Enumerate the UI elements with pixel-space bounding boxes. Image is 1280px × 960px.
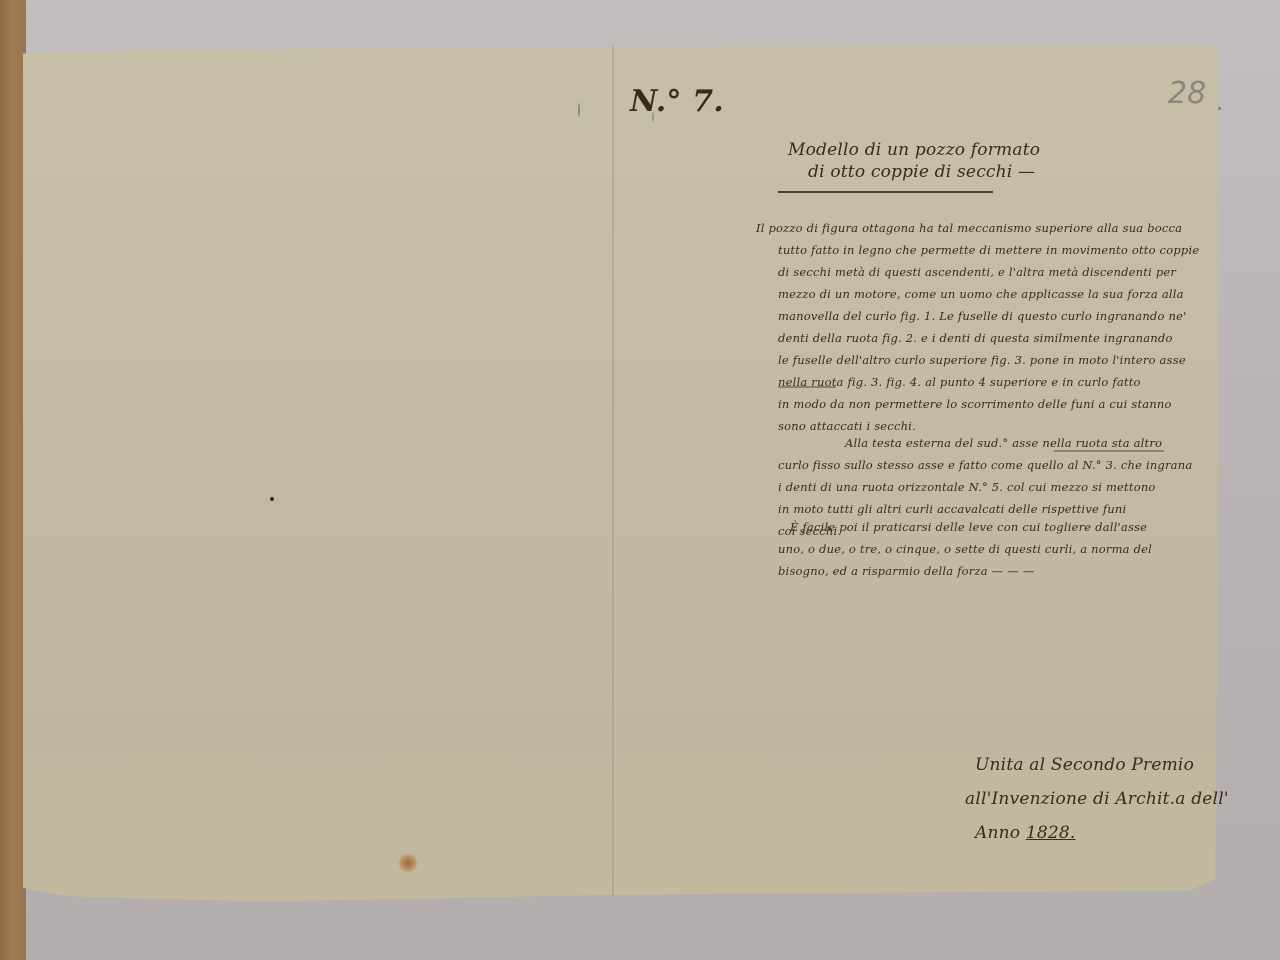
body-line: denti della ruota fig. 2. e i denti di q… [778, 328, 1173, 350]
scan-background: N.° 7. 28 Modello di un pozzo formato di… [0, 0, 1280, 960]
body-line: È facile poi il praticarsi delle leve co… [790, 517, 1147, 539]
folio-dot [1218, 107, 1221, 110]
underline-mark [778, 386, 836, 388]
title-underline [778, 191, 993, 193]
note-line-2: all'Invenzione di Archit.a dell' [965, 784, 1229, 815]
note-line-3: Anno 1828. [975, 818, 1076, 849]
body-line: Il pozzo di figura ottagona ha tal mecca… [756, 218, 1182, 240]
paper-stain [398, 854, 418, 872]
body-line: manovella del curlo fig. 1. Le fuselle d… [778, 306, 1186, 328]
center-fold [612, 46, 614, 896]
pencil-mark [578, 103, 580, 117]
document-number: N.° 7. [630, 84, 724, 119]
title-line-2: di otto coppie di secchi — [808, 160, 1035, 184]
body-line: i denti di una ruota orizzontale N.° 5. … [778, 477, 1156, 499]
body-line: di secchi metà di questi ascendenti, e l… [778, 262, 1176, 284]
body-line: nella ruota fig. 3. fig. 4. al punto 4 s… [778, 372, 1141, 394]
body-line: mezzo di un motore, come un uomo che app… [778, 284, 1184, 306]
wooden-edge [0, 0, 26, 960]
body-line: in modo da non permettere lo scorrimento… [778, 394, 1172, 416]
underline-mark [1054, 450, 1164, 452]
note-year-prefix: Anno [975, 823, 1020, 843]
note-line-1: Unita al Secondo Premio [975, 750, 1194, 781]
body-line: uno, o due, o tre, o cinque, o sette di … [778, 539, 1152, 561]
ink-dot [270, 497, 274, 501]
body-line: le fuselle dell'altro curlo superiore fi… [778, 350, 1186, 372]
note-year: 1828. [1026, 823, 1076, 843]
title-line-1: Modello di un pozzo formato [788, 138, 1040, 162]
body-line: tutto fatto in legno che permette di met… [778, 240, 1199, 262]
body-line: bisogno, ed a risparmio della forza — — … [778, 561, 1034, 583]
body-line: curlo fisso sullo stesso asse e fatto co… [778, 455, 1192, 477]
folio-number: 28 [1168, 76, 1206, 111]
